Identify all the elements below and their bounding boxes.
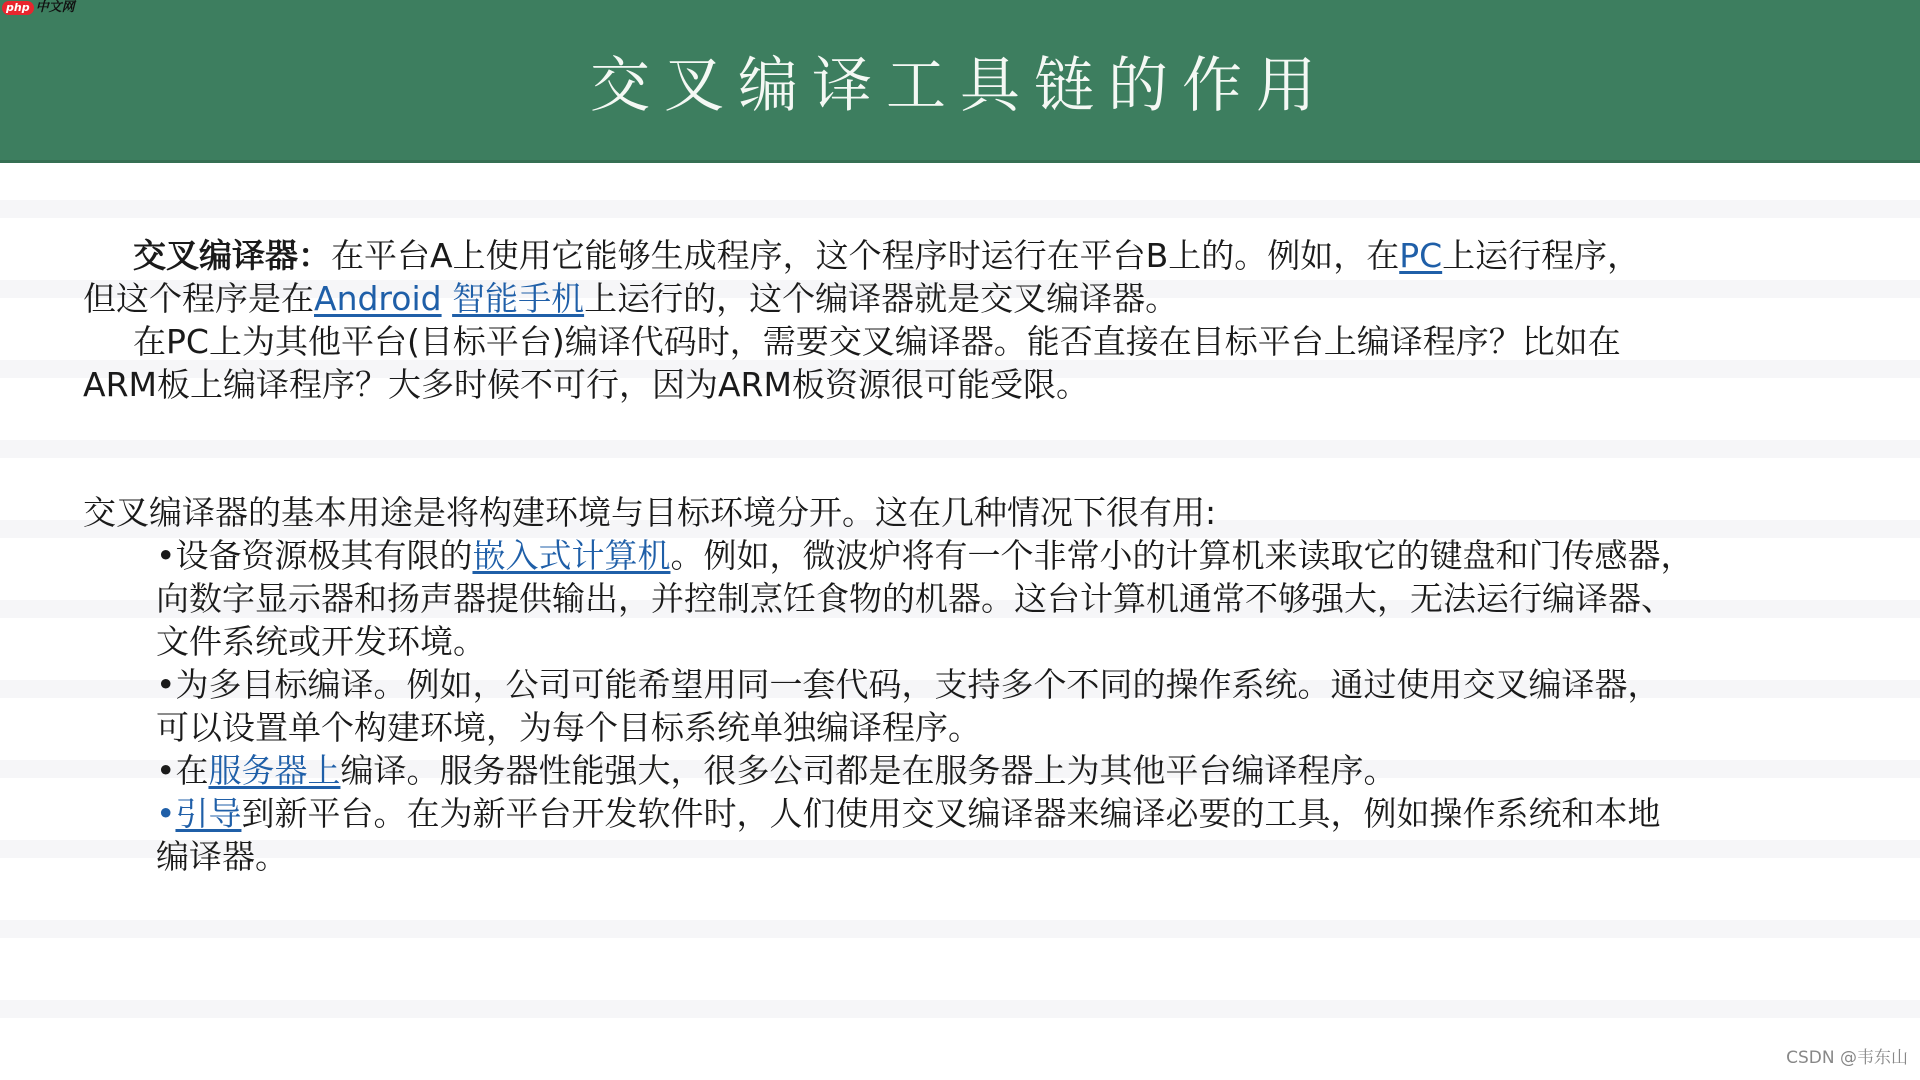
- link-smartphone[interactable]: 智能手机: [452, 279, 584, 318]
- paragraph2-line1: 在PC上为其他平台(目标平台)编译代码时，需要交叉编译器。能否直接在目标平台上编…: [83, 320, 1803, 363]
- bullet-item-bootstrap: •引导到新平台。在为新平台开发软件时，人们使用交叉编译器来编译必要的工具，例如操…: [83, 792, 1803, 835]
- link-bootstrap[interactable]: 引导: [175, 794, 241, 833]
- link-on-server[interactable]: 服务器上: [208, 751, 340, 790]
- bullet-item-embedded: •设备资源极其有限的嵌入式计算机。例如，微波炉将有一个非常小的计算机来读取它的键…: [83, 534, 1803, 577]
- bullet-text: 为多目标编译。例如，公司可能希望用同一套代码，支持多个不同的操作系统。通过使用交…: [175, 665, 1660, 704]
- site-logo-name: 中文网: [36, 1, 75, 15]
- php-logo-badge: php: [2, 1, 34, 15]
- link-android[interactable]: Android: [314, 279, 442, 318]
- bullet-continuation: 向数字显示器和扬声器提供输出，并控制烹饪食物的机器。这台计算机通常不够强大，无法…: [83, 577, 1803, 620]
- bullet-icon: •: [156, 536, 175, 575]
- paragraph1-text: 上运行程序，: [1442, 236, 1640, 275]
- slide-title: 交叉编译工具链的作用: [0, 46, 1920, 126]
- bullet-continuation: 文件系统或开发环境。: [83, 620, 1803, 663]
- paragraph1-line1: 交叉编译器：在平台A上使用它能够生成程序，这个程序时运行在平台B上的。例如，在P…: [83, 234, 1803, 277]
- bullet-icon: •: [156, 665, 175, 704]
- bullet-continuation: 可以设置单个构建环境，为每个目标系统单独编译程序。: [83, 706, 1803, 749]
- section2-intro: 交叉编译器的基本用途是将构建环境与目标环境分开。这在几种情况下很有用:: [83, 491, 1803, 534]
- bullet-continuation: 编译器。: [83, 835, 1803, 878]
- paragraph1-text: 在平台A上使用它能够生成程序，这个程序时运行在平台B上的。例如，在: [331, 236, 1399, 275]
- bullet-text: 在: [175, 751, 208, 790]
- paragraph1-text: 上运行的，这个编译器就是交叉编译器。: [584, 279, 1178, 318]
- link-embedded-computer[interactable]: 嵌入式计算机: [472, 536, 670, 575]
- paragraph2-line2: ARM板上编译程序？大多时候不可行，因为ARM板资源很可能受限。: [83, 363, 1803, 406]
- author-credit: CSDN @韦东山: [1786, 1043, 1908, 1068]
- bullet-icon: •: [156, 794, 175, 833]
- bullet-text: 设备资源极其有限的: [175, 536, 472, 575]
- paragraph1-text: 但这个程序是在: [83, 279, 314, 318]
- site-logo[interactable]: php 中文网: [2, 1, 75, 15]
- bullet-text: 到新平台。在为新平台开发软件时，人们使用交叉编译器来编译必要的工具，例如操作系统…: [241, 794, 1660, 833]
- slide-body: 交叉编译器：在平台A上使用它能够生成程序，这个程序时运行在平台B上的。例如，在P…: [83, 234, 1803, 878]
- term-cross-compiler: 交叉编译器：: [133, 236, 331, 275]
- bullet-text: 。例如，微波炉将有一个非常小的计算机来读取它的键盘和门传感器，: [670, 536, 1693, 575]
- header-divider: [0, 160, 1920, 163]
- spacer: [83, 406, 1803, 491]
- bullet-icon: •: [156, 751, 175, 790]
- link-pc[interactable]: PC: [1399, 236, 1442, 275]
- bullet-item-server: •在服务器上编译。服务器性能强大，很多公司都是在服务器上为其他平台编译程序。: [83, 749, 1803, 792]
- bullet-text: 编译。服务器性能强大，很多公司都是在服务器上为其他平台编译程序。: [340, 751, 1396, 790]
- bullet-item-multi-target: •为多目标编译。例如，公司可能希望用同一套代码，支持多个不同的操作系统。通过使用…: [83, 663, 1803, 706]
- paragraph1-line2: 但这个程序是在Android 智能手机上运行的，这个编译器就是交叉编译器。: [83, 277, 1803, 320]
